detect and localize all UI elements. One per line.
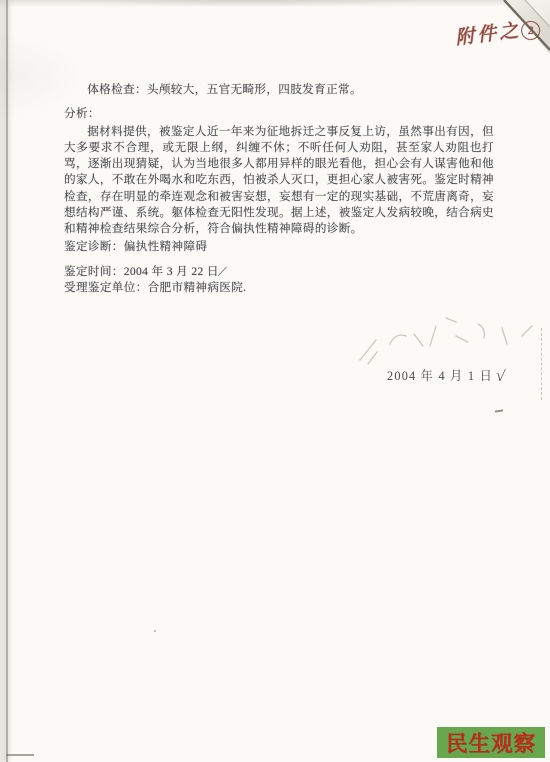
scanned-document-page: 附件之2 体格检查：头颅较大，五官无畸形，四肢发育正常。 分析： 据材料提供，被… xyxy=(0,0,550,762)
sign-date: 2004 年 4 月 1 日 xyxy=(387,369,493,383)
diagnosis-line: 鉴定诊断：偏执性精神障碍 xyxy=(64,239,494,255)
handwritten-slash-mark: ∕ xyxy=(219,265,225,281)
scan-dash-mark xyxy=(495,409,503,412)
annotation-circled-number: 2 xyxy=(520,20,541,41)
scan-right-dash-marks xyxy=(541,328,542,400)
sign-off-date: 2004 年 4 月 1 日√ xyxy=(387,366,506,385)
minsheng-guancha-watermark: 民生观察 xyxy=(437,727,545,758)
analysis-paragraph: 据材料提供，被鉴定人近一年来为征地拆迁之事反复上访，虽然事出有因，但大多要求不合… xyxy=(64,124,494,237)
watermark-label: 民生观察 xyxy=(446,727,536,758)
handwritten-checkmark: √ xyxy=(495,367,507,386)
appraisal-time-line: 鉴定时间：2004 年 3 月 22 日∕ xyxy=(64,264,494,280)
document-text-column: 体格检查：头颅较大，五官无畸形，四肢发育正常。 分析： 据材料提供，被鉴定人近一… xyxy=(64,82,494,296)
scan-speck xyxy=(154,630,156,632)
analysis-label: 分析： xyxy=(64,106,494,122)
scan-bottom-edge-mark xyxy=(6,754,34,756)
faint-handwriting-marks xyxy=(352,310,550,372)
accepting-unit-line: 受理鉴定单位：合肥市精神病医院. xyxy=(64,280,494,296)
physical-exam-line: 体格检查：头颅较大，五官无畸形，四肢发育正常。 xyxy=(64,82,494,98)
scan-top-smudge xyxy=(0,0,550,7)
appraisal-time-text: 鉴定时间：2004 年 3 月 22 日 xyxy=(64,265,219,278)
scan-left-paper-edge xyxy=(6,0,8,762)
